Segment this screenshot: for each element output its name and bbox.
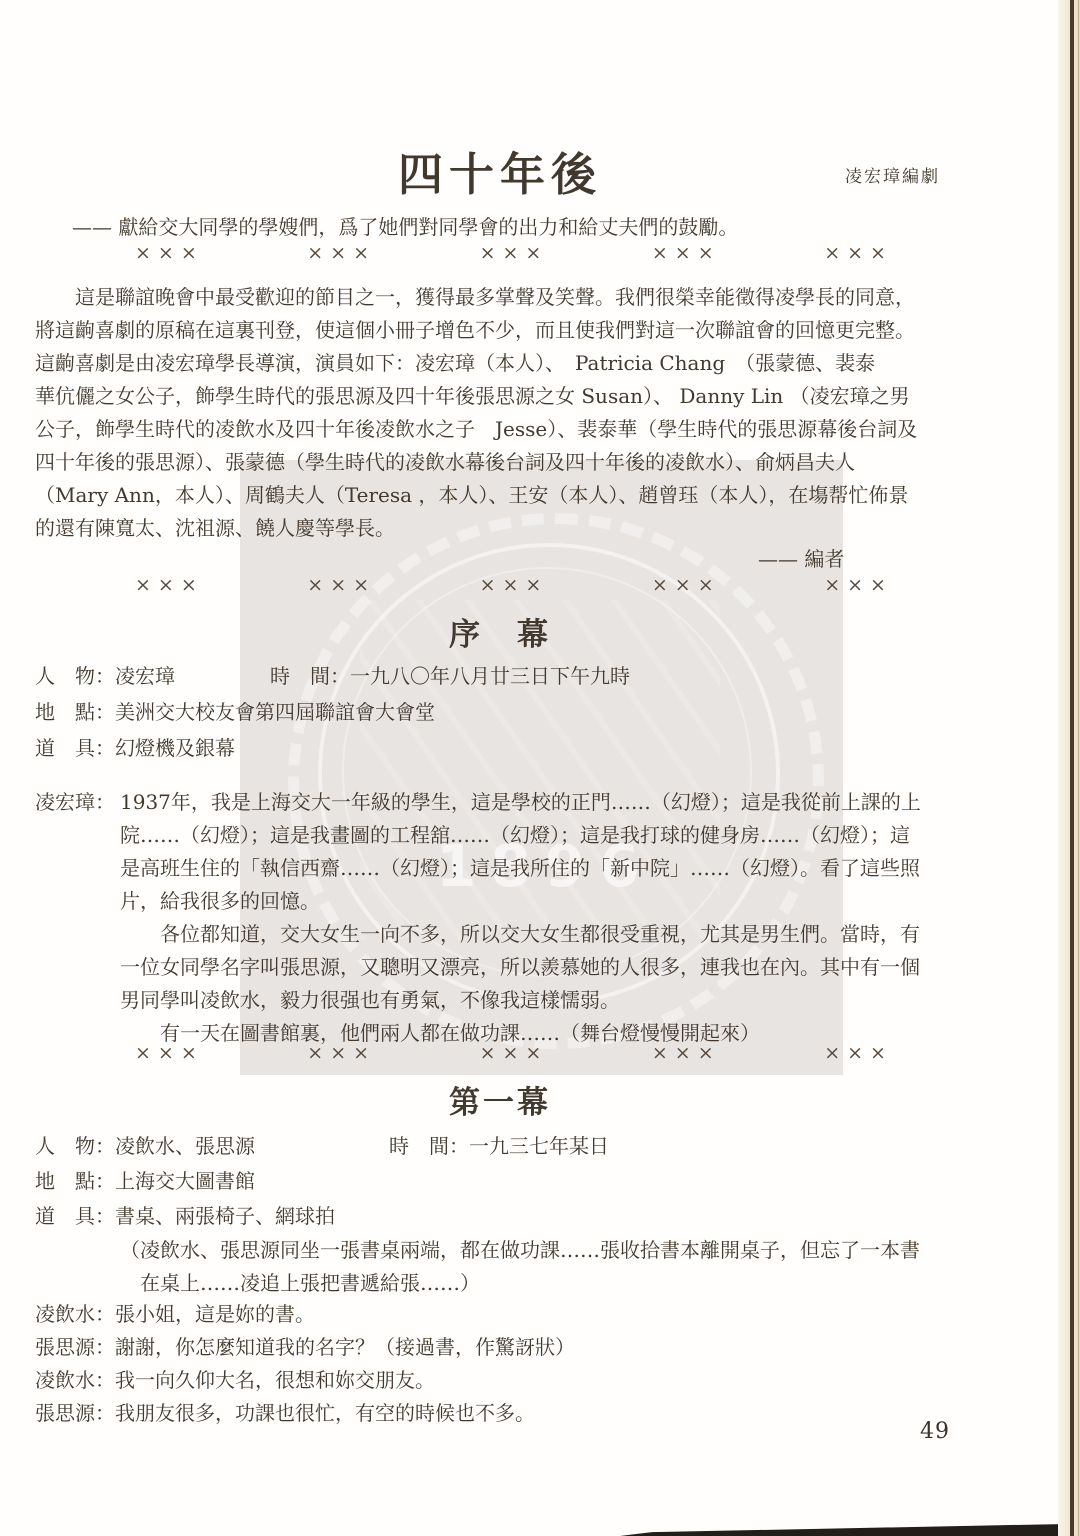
separator-group: ××× [307,574,376,596]
page-number: 49 [920,1419,950,1444]
binding-edge-highlight [1078,0,1079,1536]
scanned-script-page: 1896 四十年後 凌宏璋編劇 —— 獻給交大同學的學嫂們，爲了她們對同學會的出… [0,0,1080,1536]
editor-signoff: —— 編者 [758,543,844,572]
act1-heading: 第一幕 [0,1077,1000,1122]
separator-group: ××× [824,1042,893,1064]
dialogue-text: 謝謝，你怎麼知道我的名字？（接過書，作驚訝狀） [115,1335,575,1359]
dialogue-row: 凌飲水：張小姐，這是妳的書。 [35,1298,315,1327]
act1-time-row: 時 間：一九三七年某日 [389,1130,609,1159]
separator-group: ××× [135,242,204,264]
text-line: 華伉儷之女公子，飾學生時代的張思源及四十年後張思源之女 Susan）、 Dann… [35,380,995,413]
separator-group: ××× [652,242,721,264]
text-line: 院……（幻燈）；這是我畫圖的工程舘……（幻燈）；這是我打球的健身房……（幻燈）；… [120,819,1020,852]
prologue-props-row: 道 具：幻燈機及銀幕 [35,732,235,761]
playwright-byline: 凌宏璋編劇 [845,162,940,187]
separator-row: ××× ××× ××× ××× ××× [135,242,893,264]
dialogue-text: 張小姐，這是妳的書。 [115,1302,315,1326]
text-line: 這是聯誼晚會中最受歡迎的節目之一，獲得最多掌聲及笑聲。我們很榮幸能徵得凌學長的同… [35,281,995,314]
text-line: 各位都知道，交大女生一向不多，所以交大女生都很受重視，尤其是男生們。當時，有 [120,918,1020,951]
dialogue-row: 張思源：我朋友很多，功課也很忙，有空的時候也不多。 [35,1397,535,1426]
stage-direction: （凌飲水、張思源同坐一張書桌兩端，都在做功課……張收拾書本離開桌子，但忘了一本書… [120,1234,1020,1300]
props-value: 書桌、兩張椅子、網球拍 [115,1204,335,1228]
separator-row: ××× ××× ××× ××× ××× [135,1042,893,1064]
time-value: 一九八〇年八月廿三日下午九時 [350,664,630,688]
prologue-heading: 序 幕 [0,609,1000,654]
text-line: 一位女同學名字叫張思源，又聰明又漂亮，所以羨慕她的人很多，連我也在內。其中有一個 [120,951,1020,984]
scan-shadow [620,1521,1080,1536]
separator-group: ××× [135,1042,204,1064]
speaker-label: 張思源： [35,1335,115,1359]
separator-row: ××× ××× ××× ××× ××× [135,574,893,596]
time-value: 一九三七年某日 [469,1134,609,1158]
dialogue-text: 我一向久仰大名，很想和妳交朋友。 [115,1368,435,1392]
separator-group: ××× [307,242,376,264]
place-value: 上海交大圖書館 [115,1169,255,1193]
text-line: 片，給我很多的回憶。 [120,885,1020,918]
act1-place-row: 地 點：上海交大圖書館 [35,1165,255,1194]
act1-props-row: 道 具：書桌、兩張椅子、網球拍 [35,1200,335,1229]
binding-edge [1058,0,1080,1536]
text-line: 公子，飾學生時代的凌飲水及四十年後凌飲水之子 Jesse）、裴泰華（學生時代的張… [35,413,995,446]
props-label: 道 具： [35,1204,115,1228]
speaker-label: 凌宏璋： [35,786,115,815]
separator-group: ××× [652,1042,721,1064]
separator-group: ××× [480,1042,549,1064]
text-line: 1937年，我是上海交大一年級的學生，這是學校的正門……（幻燈）；這是我從前上課… [120,786,1020,819]
props-label: 道 具： [35,736,115,760]
text-line: （Mary Ann，本人）、周鶴夫人（Teresa ，本人）、王安（本人）、趙曾… [35,479,995,512]
text-line: 男同學叫凌飲水，毅力很强也有勇氣，不像我這樣懦弱。 [120,984,1020,1017]
text-line: 這齣喜劇是由凌宏璋學長導演，演員如下：凌宏璋（本人）、 Patricia Cha… [35,347,995,380]
prologue-time-row: 時 間：一九八〇年八月廿三日下午九時 [270,660,630,689]
separator-group: ××× [307,1042,376,1064]
cast-value: 凌宏璋 [115,664,175,688]
separator-group: ××× [824,242,893,264]
intro-paragraph: 這是聯誼晚會中最受歡迎的節目之一，獲得最多掌聲及笑聲。我們很榮幸能徵得凌學長的同… [35,281,995,545]
text-line: 四十年後的張思源）、張蒙德（學生時代的凌飲水幕後台詞及四十年後的凌飲水）、俞炳昌… [35,446,995,479]
dialogue-text: 我朋友很多，功課也很忙，有空的時候也不多。 [115,1401,535,1425]
speaker-label: 凌飲水： [35,1302,115,1326]
prologue-place-row: 地 點：美洲交大校友會第四屆聯誼會大會堂 [35,696,435,725]
place-value: 美洲交大校友會第四屆聯誼會大會堂 [115,700,435,724]
text-line: 在桌上……凌追上張把書遞給張……） [120,1267,1020,1300]
prologue-cast-row: 人 物：凌宏璋 [35,660,175,689]
dialogue-row: 凌飲水：我一向久仰大名，很想和妳交朋友。 [35,1364,435,1393]
separator-group: ××× [480,242,549,264]
time-label: 時 間： [270,664,350,688]
separator-group: ××× [652,574,721,596]
props-value: 幻燈機及銀幕 [115,736,235,760]
act1-cast-row: 人 物：凌飲水、張思源 [35,1130,255,1159]
dedication-line: —— 獻給交大同學的學嫂們，爲了她們對同學會的出力和給丈夫們的鼓勵。 [72,211,738,240]
separator-group: ××× [480,574,549,596]
place-label: 地 點： [35,1169,115,1193]
text-line: （凌飲水、張思源同坐一張書桌兩端，都在做功課……張收拾書本離開桌子，但忘了一本書 [120,1234,1020,1267]
separator-group: ××× [824,574,893,596]
text-line: 是高班生住的「執信西齋……（幻燈）；這是我所住的「新中院」……（幻燈）。看了這些… [120,852,1020,885]
time-label: 時 間： [389,1134,469,1158]
cast-label: 人 物： [35,1134,115,1158]
prologue-dialogue-lines: 1937年，我是上海交大一年級的學生，這是學校的正門……（幻燈）；這是我從前上課… [120,786,1020,1050]
text-line: 將這齣喜劇的原稿在這裏刊登，使這個小冊子增色不少，而且使我們對這一次聯誼會的回憶… [35,314,995,347]
binding-edge-line [1070,0,1074,1536]
speaker-label: 凌飲水： [35,1368,115,1392]
text-line: 的還有陳寬太、沈祖源、饒人慶等學長。 [35,512,995,545]
place-label: 地 點： [35,700,115,724]
cast-label: 人 物： [35,664,115,688]
speaker-label: 張思源： [35,1401,115,1425]
cast-value: 凌飲水、張思源 [115,1134,255,1158]
dialogue-row: 張思源：謝謝，你怎麼知道我的名字？（接過書，作驚訝狀） [35,1331,575,1360]
separator-group: ××× [135,574,204,596]
